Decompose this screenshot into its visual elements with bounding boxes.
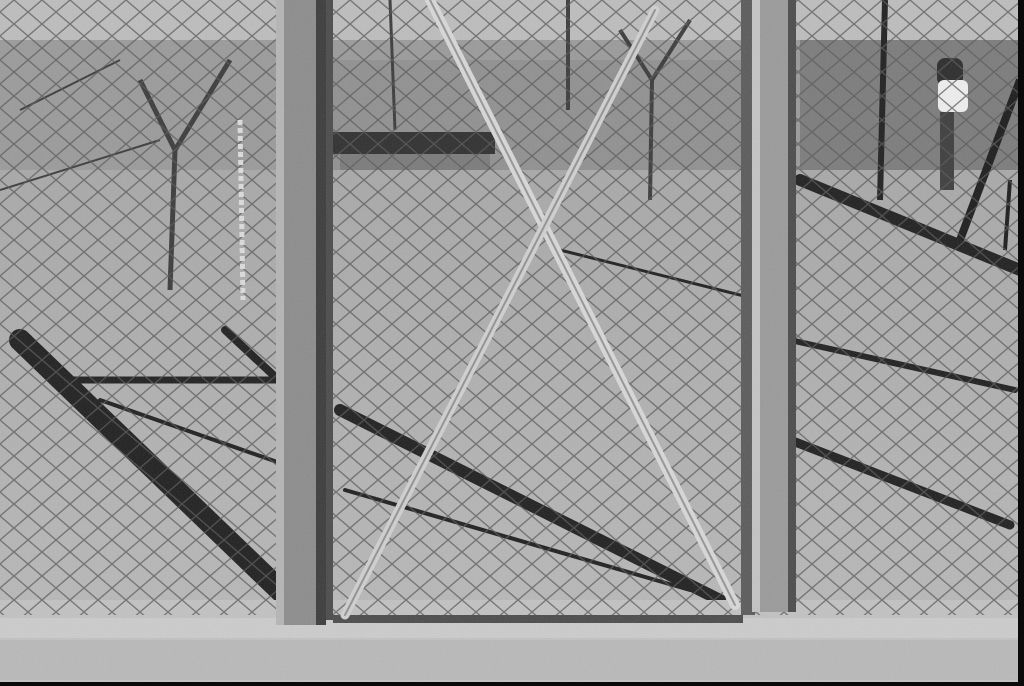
film-border <box>0 682 1024 686</box>
fence-photo <box>0 0 1024 686</box>
film-grain <box>0 0 1024 686</box>
photograph <box>0 0 1024 686</box>
film-border <box>1018 0 1024 686</box>
